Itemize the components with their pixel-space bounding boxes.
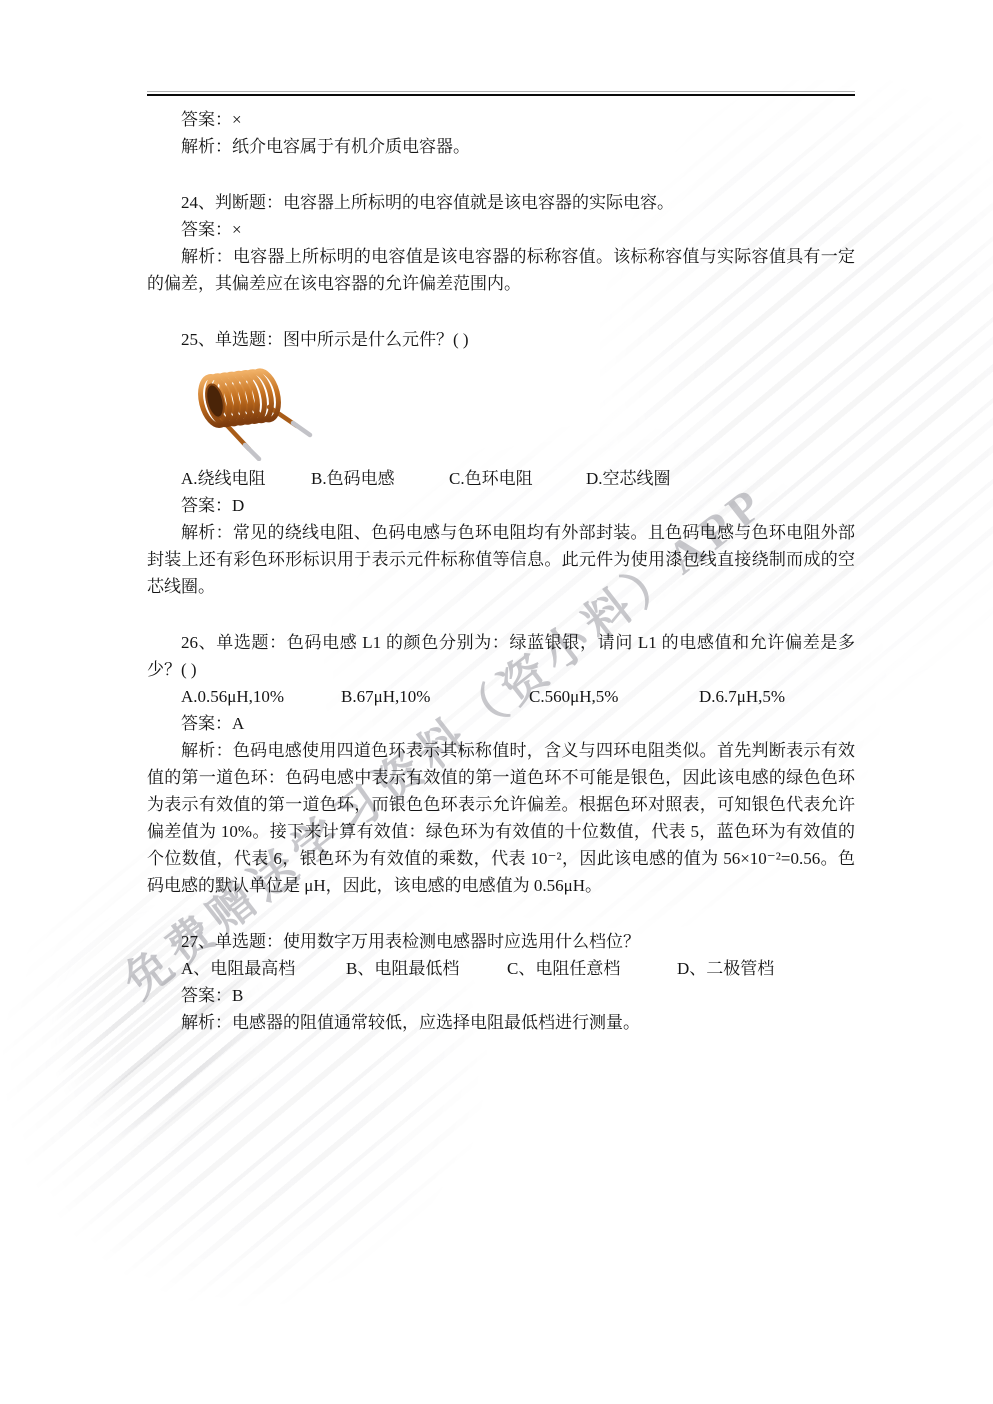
question-stem: 24、判断题：电容器上所标明的电容值就是该电容器的实际电容。 (147, 189, 855, 216)
answer-value: D (232, 496, 244, 515)
question-stem: 25、单选题：图中所示是什么元件？( ) (147, 326, 855, 353)
options-row: A.0.56μH,10% B.67μH,10% C.560μH,5% D.6.7… (147, 683, 855, 710)
option-d: D.6.7μH,5% (699, 683, 785, 710)
question-25: 25、单选题：图中所示是什么元件？( ) (147, 326, 855, 600)
option-d: D、二极管档 (677, 955, 774, 982)
answer-value: × (232, 110, 242, 129)
document-content: 答案：× 解析：纸介电容属于有机介质电容器。 24、判断题：电容器上所标明的电容… (147, 106, 855, 1036)
question-27: 27、单选题：使用数字万用表检测电感器时应选用什么档位？ A、电阻最高档 B、电… (147, 928, 855, 1036)
option-c: C.色环电阻 (449, 465, 586, 492)
option-b: B、电阻最低档 (346, 955, 507, 982)
document-page: 免费赠送学习资料（资小料）APP 答案：× 解析：纸介电容属于有机介质电容器。 … (0, 0, 993, 1404)
option-a: A、电阻最高档 (181, 955, 346, 982)
question-24: 24、判断题：电容器上所标明的电容值就是该电容器的实际电容。 答案：× 解析：电… (147, 189, 855, 297)
option-c: C、电阻任意档 (507, 955, 677, 982)
answer-value: B (232, 986, 243, 1005)
question-26: 26、单选题：色码电感 L1 的颜色分别为：绿蓝银银，请问 L1 的电感值和允许… (147, 629, 855, 899)
answer-line: 答案：D (147, 492, 855, 519)
answer-line: 答案：× (147, 216, 855, 243)
answer-label: 答案： (181, 110, 232, 129)
answer-line: 答案：A (147, 710, 855, 737)
options-row: A.绕线电阻 B.色码电感 C.色环电阻 D.空芯线圈 (147, 465, 855, 492)
answer-line: 答案：B (147, 982, 855, 1009)
question-analysis: 解析：电容器上所标明的电容值是该电容器的标称容值。该标称容值与实际容值具有一定的… (147, 243, 855, 297)
option-a: A.0.56μH,10% (181, 683, 341, 710)
question-stem: 26、单选题：色码电感 L1 的颜色分别为：绿蓝银银，请问 L1 的电感值和允许… (147, 629, 855, 683)
options-row: A、电阻最高档 B、电阻最低档 C、电阻任意档 D、二极管档 (147, 955, 855, 982)
question-analysis: 解析：色码电感使用四道色环表示其标称值时，含义与四环电阻类似。首先判断表示有效值… (147, 737, 855, 899)
answer-label: 答案： (181, 220, 232, 239)
air-core-coil-photo (185, 361, 317, 461)
answer-label: 答案： (181, 986, 232, 1005)
intro-analysis: 解析：纸介电容属于有机介质电容器。 (147, 133, 855, 160)
answer-value: A (232, 714, 244, 733)
option-b: B.色码电感 (311, 465, 449, 492)
option-c: C.560μH,5% (529, 683, 699, 710)
option-d: D.空芯线圈 (586, 465, 671, 492)
header-rule (147, 91, 855, 96)
question-analysis: 解析：电感器的阻值通常较低，应选择电阻最低档进行测量。 (147, 1009, 855, 1036)
answer-value: × (232, 220, 242, 239)
intro-answer-line: 答案：× (147, 106, 855, 133)
answer-label: 答案： (181, 496, 232, 515)
coil-figure (185, 361, 317, 461)
option-b: B.67μH,10% (341, 683, 529, 710)
question-stem: 27、单选题：使用数字万用表检测电感器时应选用什么档位？ (147, 928, 855, 955)
option-a: A.绕线电阻 (181, 465, 311, 492)
question-analysis: 解析：常见的绕线电阻、色码电感与色环电阻均有外部封装。且色码电感与色环电阻外部封… (147, 519, 855, 600)
answer-label: 答案： (181, 714, 232, 733)
